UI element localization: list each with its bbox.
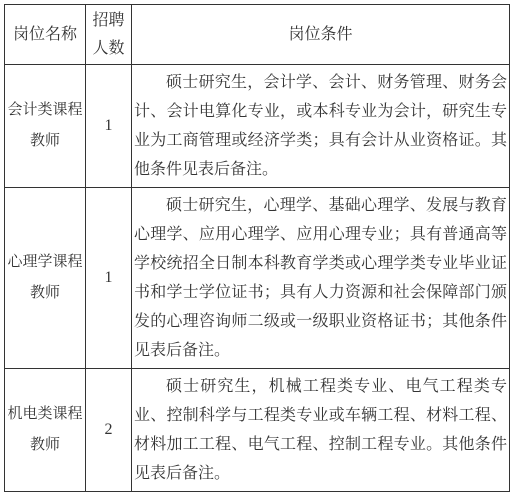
col-header-count: 招聘人数	[86, 5, 132, 65]
position-conditions: 硕士研究生，机械工程类专业、电气工程类专业、控制科学与工程类专业或车辆工程、材料…	[132, 369, 510, 492]
header-row: 岗位名称 招聘人数 岗位条件	[5, 5, 510, 65]
position-name: 会计类课程教师	[5, 65, 86, 188]
recruit-count: 2	[86, 369, 132, 492]
conditions-text: 硕士研究生，会计学、会计、财务管理、财务会计、会计电算化专业，或本科专业为会计，…	[134, 68, 507, 184]
table-row: 会计类课程教师 1 硕士研究生，会计学、会计、财务管理、财务会计、会计电算化专业…	[5, 65, 510, 188]
recruitment-table: 岗位名称 招聘人数 岗位条件 会计类课程教师 1 硕士研究生，会计学、会计、财务…	[4, 4, 510, 492]
position-name: 机电类课程教师	[5, 369, 86, 492]
col-header-position: 岗位名称	[5, 5, 86, 65]
table-row: 机电类课程教师 2 硕士研究生，机械工程类专业、电气工程类专业、控制科学与工程类…	[5, 369, 510, 492]
conditions-text: 硕士研究生，心理学、基础心理学、发展与教育心理学、应用心理学、应用心理专业；具有…	[134, 191, 507, 365]
position-conditions: 硕士研究生，心理学、基础心理学、发展与教育心理学、应用心理学、应用心理专业；具有…	[132, 188, 510, 369]
position-conditions: 硕士研究生，会计学、会计、财务管理、财务会计、会计电算化专业，或本科专业为会计，…	[132, 65, 510, 188]
conditions-text: 硕士研究生，机械工程类专业、电气工程类专业、控制科学与工程类专业或车辆工程、材料…	[134, 372, 507, 488]
recruit-count: 1	[86, 188, 132, 369]
recruit-count: 1	[86, 65, 132, 188]
table-row: 心理学课程教师 1 硕士研究生，心理学、基础心理学、发展与教育心理学、应用心理学…	[5, 188, 510, 369]
position-name: 心理学课程教师	[5, 188, 86, 369]
col-header-conditions: 岗位条件	[132, 5, 510, 65]
